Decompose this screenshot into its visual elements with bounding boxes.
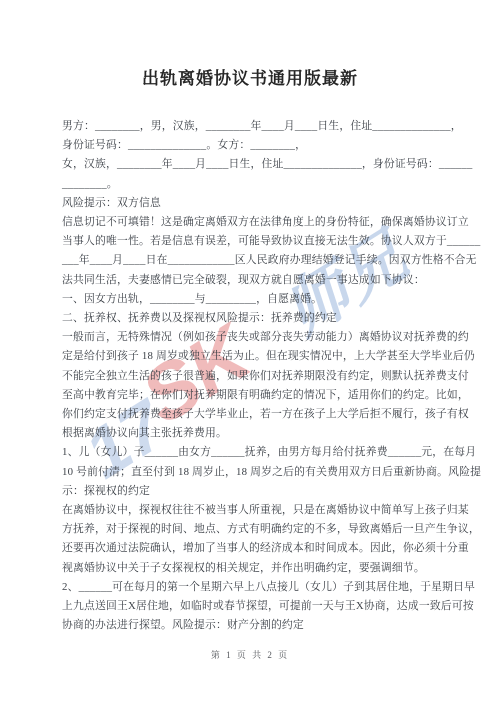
document-line: 女，汉族，________年____月____日生，住址____________…: [62, 155, 446, 174]
document-line: 上九点送回王X居住地，如临时或春节探望，可提前一天与王X协商，达成一致后可按: [62, 597, 446, 616]
document-line: 男方：________，男，汉族，________年____月____日生，住址…: [62, 117, 446, 136]
document-body: 男方：________，男，汉族，________年____月____日生，住址…: [62, 117, 446, 635]
document-line: 一般而言，无特殊情况（例如孩子丧失或部分丧失劳动能力）离婚协议对抚养费的约: [62, 328, 446, 347]
document-line: 根据离婚协议向其主张抚养费用。: [62, 424, 446, 443]
document-line: 1、儿（女儿）子______由女方______抚养，由男方每月给付抚养费____…: [62, 443, 446, 462]
document-line: 你们约定支付抚养费至孩子大学毕业止，若一方在孩子上大学后拒不履行，孩子有权: [62, 405, 446, 424]
document-page: 17 SK 师兄 出轨离婚协议书通用版最新 男方：________，男，汉族，_…: [0, 0, 500, 706]
document-line: 身份证号码：______________。女方：________，: [62, 136, 446, 155]
document-line: 一、因女方出轨，________与_________，自愿离婚。: [62, 290, 446, 309]
document-line: 至高中教育完毕；在你们对抚养期限有明确约定的情况下，适用你们的约定。比如，: [62, 386, 446, 405]
page-number: 第 1 页 共 2 页: [0, 648, 500, 661]
document-line: 风险提示：双方信息: [62, 194, 446, 213]
document-line: 定是给付到孩子 18 周岁或独立生活为止。但在现实情况中，上大学甚至大学毕业后仍: [62, 347, 446, 366]
document-line: 法共同生活，夫妻感情已完全破裂，现双方就自愿离婚一事达成如下协议：: [62, 271, 446, 290]
document-line: 二、抚养权、抚养费以及探视权风险提示：抚养费的约定: [62, 309, 446, 328]
document-line: 协商的办法进行探望。风险提示：财产分割的约定: [62, 616, 446, 635]
document-line: 在离婚协议中，探视权往往不被当事人所重视，只是在离婚协议中简单写上孩子归某: [62, 501, 446, 520]
document-line: ________。: [62, 175, 446, 194]
document-line: 示：探视权的约定: [62, 482, 446, 501]
document-line: 当事人的唯一性。若是信息有误差，可能导致协议直接无法生效。协议人双方于_____…: [62, 232, 446, 251]
document-line: 2、______可在每月的第一个星期六早上八点接儿（女儿）子到其居住地，于星期日…: [62, 578, 446, 597]
document-line: 不能完全独立生活的孩子很普遍，如果你们对抚养期限没有约定，则默认抚养费支付: [62, 367, 446, 386]
document-title: 出轨离婚协议书通用版最新: [0, 64, 500, 89]
document-line: 10 号前付清；直至付到 18 周岁止，18 周岁之后的有关费用双方日后重新协商…: [62, 463, 446, 482]
document-line: 还要再次通过法院确认，增加了当事人的经济成本和时间成本。因此，你必须十分重: [62, 539, 446, 558]
document-line: 视离婚协议中关于子女探视权的相关规定，并作出明确约定，要强调细节。: [62, 559, 446, 578]
document-line: 方抚养，对于探视的时间、地点、方式有明确约定的不多，导致离婚后一旦产生争议，: [62, 520, 446, 539]
document-line: 信息切记不可填错！这是确定离婚双方在法律角度上的身份特征，确保离婚协议订立: [62, 213, 446, 232]
document-line: ___年____月____日在____________区人民政府办理结婚登记手续…: [62, 251, 446, 270]
